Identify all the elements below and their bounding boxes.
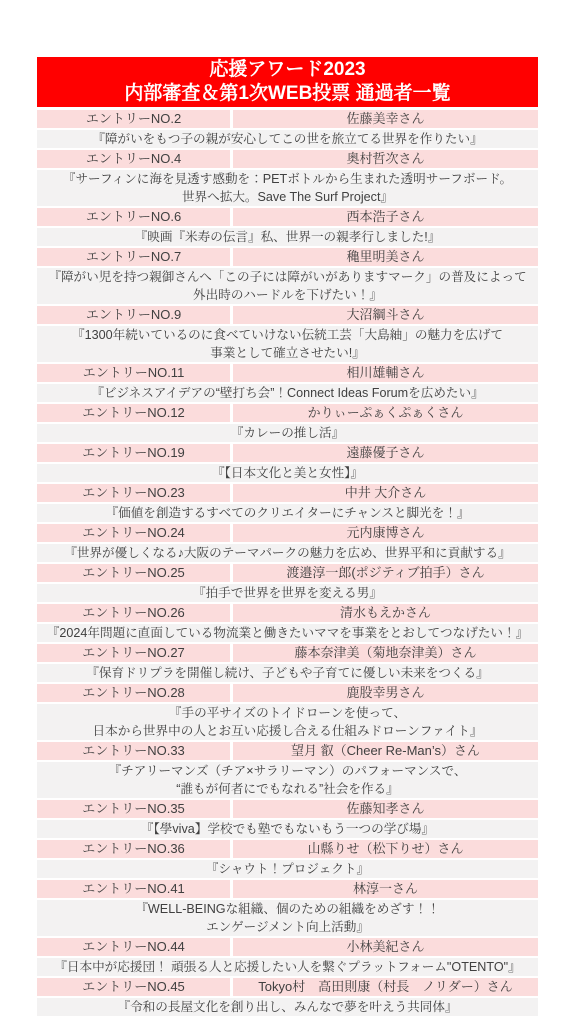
entry-number-cell: エントリーNO.41 bbox=[37, 880, 230, 898]
entry-row: エントリーNO.9 大沼綱斗さん bbox=[37, 306, 538, 324]
entrant-name-cell: Tokyo村 高田則康（村長 ノリダー）さん bbox=[233, 978, 538, 996]
project-title-row: 『チアリーマンズ（チア×サラリーマン）のパフォーマンスで、“誰もが何者にでもなれ… bbox=[37, 762, 538, 798]
project-title-line: 『シャウト！プロジェクト』 bbox=[37, 860, 538, 878]
project-title-line: 日本から世界中の人とお互い応援し合える仕組みドローンファイト』 bbox=[37, 722, 538, 740]
project-title-line: 『手の平サイズのトイドローンを使って、 bbox=[37, 704, 538, 722]
entrant-name-cell: 西本浩子さん bbox=[233, 208, 538, 226]
entry-number-cell: エントリーNO.36 bbox=[37, 840, 230, 858]
entry-row: エントリーNO.35 佐藤知孝さん bbox=[37, 800, 538, 818]
project-title-line: 外出時のハードルを下げたい！』 bbox=[37, 286, 538, 304]
entry-number-cell: エントリーNO.7 bbox=[37, 248, 230, 266]
project-title-row: 『サーフィンに海を見透す感動を：PETボトルから生まれた透明サーフボード。世界へ… bbox=[37, 170, 538, 206]
header-title-line2: 内部審査＆第1次WEB投票 通過者一覧 bbox=[37, 82, 538, 106]
entrant-name-cell: 佐藤美幸さん bbox=[233, 110, 538, 128]
project-title-line: 『保育ドリプラを開催し続け、子どもや子育てに優しい未来をつくる』 bbox=[37, 664, 538, 682]
project-title-line: “誰もが何者にでもなれる”社会を作る』 bbox=[37, 780, 538, 798]
entrant-name-cell: 元内康博さん bbox=[233, 524, 538, 542]
project-title-line: 『カレーの推し活』 bbox=[37, 424, 538, 442]
entry-row: エントリーNO.41 林淳一さん bbox=[37, 880, 538, 898]
project-title-line: 事業として確立させたい!』 bbox=[37, 344, 538, 362]
project-title-line: 『世界が優しくなる♪大阪のテーマパークの魅力を広め、世界平和に貢献する』 bbox=[37, 544, 538, 562]
project-title-line: 『映画『米寿の伝言』私、世界一の親孝行しました!』 bbox=[37, 228, 538, 246]
project-title-row: 『日本中が応援団！ 頑張る人と応援したい人を繋ぐプラットフォーム"OTENTO"… bbox=[37, 958, 538, 976]
project-title-row: 『障がい児を持つ親御さんへ「この子には障がいがありますマーク」の普及によって外出… bbox=[37, 268, 538, 304]
entry-number-cell: エントリーNO.27 bbox=[37, 644, 230, 662]
project-title-row: 『令和の長屋文化を創り出し、みんなで夢を叶えう共同体』 bbox=[37, 998, 538, 1016]
entry-number-cell: エントリーNO.4 bbox=[37, 150, 230, 168]
entry-row: エントリーNO.23 中井 大介さん bbox=[37, 484, 538, 502]
entrant-name-cell: 藤本奈津美（菊地奈津美）さん bbox=[233, 644, 538, 662]
project-title-row: 『保育ドリプラを開催し続け、子どもや子育てに優しい未来をつくる』 bbox=[37, 664, 538, 682]
project-title-line: 『令和の長屋文化を創り出し、みんなで夢を叶えう共同体』 bbox=[37, 998, 538, 1016]
project-title-row: 『価値を創造するすべてのクリエイターにチャンスと脚光を！』 bbox=[37, 504, 538, 522]
entry-row: エントリーNO.36 山縣りせ（松下りせ）さん bbox=[37, 840, 538, 858]
entry-number-cell: エントリーNO.23 bbox=[37, 484, 230, 502]
project-title-row: 『世界が優しくなる♪大阪のテーマパークの魅力を広め、世界平和に貢献する』 bbox=[37, 544, 538, 562]
project-title-line: 『【日本文化と美と女性】』 bbox=[37, 464, 538, 482]
project-title-line: 『障がい児を持つ親御さんへ「この子には障がいがありますマーク」の普及によって bbox=[37, 268, 538, 286]
page: { "header": { "line1": "応援アワード2023", "li… bbox=[0, 0, 576, 1024]
entrant-name-cell: 林淳一さん bbox=[233, 880, 538, 898]
project-title-row: 『ビジネスアイデアの“壁打ち会”！Connect Ideas Forumを広めた… bbox=[37, 384, 538, 402]
entry-number-cell: エントリーNO.45 bbox=[37, 978, 230, 996]
entrant-name-cell: 小林美紀さん bbox=[233, 938, 538, 956]
entrant-name-cell: 奥村哲次さん bbox=[233, 150, 538, 168]
project-title-line: 『チアリーマンズ（チア×サラリーマン）のパフォーマンスで、 bbox=[37, 762, 538, 780]
header-title-line1: 応援アワード2023 bbox=[37, 58, 538, 82]
entrant-name-cell: 山縣りせ（松下りせ）さん bbox=[233, 840, 538, 858]
project-title-row: 『カレーの推し活』 bbox=[37, 424, 538, 442]
entrant-name-cell: 鹿股幸男さん bbox=[233, 684, 538, 702]
project-title-row: 『シャウト！プロジェクト』 bbox=[37, 860, 538, 878]
entry-row: エントリーNO.2 佐藤美幸さん bbox=[37, 110, 538, 128]
entry-number-cell: エントリーNO.12 bbox=[37, 404, 230, 422]
project-title-row: 『2024年問題に直面している物流業と働きたいママを事業をとおしてつなげたい！』 bbox=[37, 624, 538, 642]
award-header: 応援アワード2023 内部審査＆第1次WEB投票 通過者一覧 bbox=[37, 57, 538, 107]
project-title-row: 『【學viva】学校でも塾でもないもう一つの学び場』 bbox=[37, 820, 538, 838]
project-title-line: 『障がいをもつ子の親が安心してこの世を旅立てる世界を作りたい』 bbox=[37, 130, 538, 148]
passers-table: エントリーNO.2 佐藤美幸さん 『障がいをもつ子の親が安心してこの世を旅立てる… bbox=[37, 110, 538, 1016]
entry-number-cell: エントリーNO.25 bbox=[37, 564, 230, 582]
project-title-line: 『1300年続いているのに食べていけない伝統工芸「大島紬」の魅力を広げて bbox=[37, 326, 538, 344]
entry-number-cell: エントリーNO.6 bbox=[37, 208, 230, 226]
entry-row: エントリーNO.11 相川雄輔さん bbox=[37, 364, 538, 382]
entry-number-cell: エントリーNO.19 bbox=[37, 444, 230, 462]
entry-row: エントリーNO.6 西本浩子さん bbox=[37, 208, 538, 226]
entrant-name-cell: 大沼綱斗さん bbox=[233, 306, 538, 324]
entry-row: エントリーNO.28 鹿股幸男さん bbox=[37, 684, 538, 702]
entrant-name-cell: かりぃーぷぁくぷぁくさん bbox=[233, 404, 538, 422]
entry-row: エントリーNO.33 望月 叡（Cheer Re-Man’s）さん bbox=[37, 742, 538, 760]
entry-number-cell: エントリーNO.28 bbox=[37, 684, 230, 702]
entry-row: エントリーNO.7 穐里明美さん bbox=[37, 248, 538, 266]
entry-number-cell: エントリーNO.24 bbox=[37, 524, 230, 542]
entry-row: エントリーNO.26 清水もえかさん bbox=[37, 604, 538, 622]
project-title-line: 世界へ拡大。Save The Surf Project』 bbox=[37, 188, 538, 206]
project-title-line: 『日本中が応援団！ 頑張る人と応援したい人を繋ぐプラットフォーム"OTENTO"… bbox=[37, 958, 538, 976]
entrant-name-cell: 穐里明美さん bbox=[233, 248, 538, 266]
entrant-name-cell: 中井 大介さん bbox=[233, 484, 538, 502]
project-title-line: 『サーフィンに海を見透す感動を：PETボトルから生まれた透明サーフボード。 bbox=[37, 170, 538, 188]
entrant-name-cell: 渡邉淳一郎(ポジティブ拍手）さん bbox=[233, 564, 538, 582]
project-title-line: 『拍手で世界を世界を変える男』 bbox=[37, 584, 538, 602]
project-title-line: 『【學viva】学校でも塾でもないもう一つの学び場』 bbox=[37, 820, 538, 838]
entry-number-cell: エントリーNO.9 bbox=[37, 306, 230, 324]
entry-row: エントリーNO.27 藤本奈津美（菊地奈津美）さん bbox=[37, 644, 538, 662]
entry-row: エントリーNO.4 奥村哲次さん bbox=[37, 150, 538, 168]
project-title-row: 『1300年続いているのに食べていけない伝統工芸「大島紬」の魅力を広げて事業とし… bbox=[37, 326, 538, 362]
entry-number-cell: エントリーNO.35 bbox=[37, 800, 230, 818]
entry-number-cell: エントリーNO.33 bbox=[37, 742, 230, 760]
entrant-name-cell: 清水もえかさん bbox=[233, 604, 538, 622]
project-title-row: 『映画『米寿の伝言』私、世界一の親孝行しました!』 bbox=[37, 228, 538, 246]
project-title-line: 『WELL-BEINGな組織、個のための組織をめざす！！ bbox=[37, 900, 538, 918]
passers-list: 応援アワード2023 内部審査＆第1次WEB投票 通過者一覧 エントリーNO.2… bbox=[37, 57, 538, 1018]
project-title-line: 『価値を創造するすべてのクリエイターにチャンスと脚光を！』 bbox=[37, 504, 538, 522]
entry-number-cell: エントリーNO.44 bbox=[37, 938, 230, 956]
project-title-row: 『拍手で世界を世界を変える男』 bbox=[37, 584, 538, 602]
entrant-name-cell: 望月 叡（Cheer Re-Man’s）さん bbox=[233, 742, 538, 760]
project-title-line: エンゲージメント向上活動』 bbox=[37, 918, 538, 936]
entry-number-cell: エントリーNO.26 bbox=[37, 604, 230, 622]
project-title-line: 『ビジネスアイデアの“壁打ち会”！Connect Ideas Forumを広めた… bbox=[37, 384, 538, 402]
project-title-line: 『2024年問題に直面している物流業と働きたいママを事業をとおしてつなげたい！』 bbox=[37, 624, 538, 642]
project-title-row: 『手の平サイズのトイドローンを使って、日本から世界中の人とお互い応援し合える仕組… bbox=[37, 704, 538, 740]
entry-row: エントリーNO.44 小林美紀さん bbox=[37, 938, 538, 956]
entry-row: エントリーNO.45 Tokyo村 高田則康（村長 ノリダー）さん bbox=[37, 978, 538, 996]
entrant-name-cell: 相川雄輔さん bbox=[233, 364, 538, 382]
entry-number-cell: エントリーNO.2 bbox=[37, 110, 230, 128]
entrant-name-cell: 遠藤優子さん bbox=[233, 444, 538, 462]
project-title-row: 『【日本文化と美と女性】』 bbox=[37, 464, 538, 482]
project-title-row: 『WELL-BEINGな組織、個のための組織をめざす！！エンゲージメント向上活動… bbox=[37, 900, 538, 936]
project-title-row: 『障がいをもつ子の親が安心してこの世を旅立てる世界を作りたい』 bbox=[37, 130, 538, 148]
entry-row: エントリーNO.24 元内康博さん bbox=[37, 524, 538, 542]
entry-row: エントリーNO.25 渡邉淳一郎(ポジティブ拍手）さん bbox=[37, 564, 538, 582]
entry-row: エントリーNO.12 かりぃーぷぁくぷぁくさん bbox=[37, 404, 538, 422]
entrant-name-cell: 佐藤知孝さん bbox=[233, 800, 538, 818]
entry-row: エントリーNO.19 遠藤優子さん bbox=[37, 444, 538, 462]
entry-number-cell: エントリーNO.11 bbox=[37, 364, 230, 382]
